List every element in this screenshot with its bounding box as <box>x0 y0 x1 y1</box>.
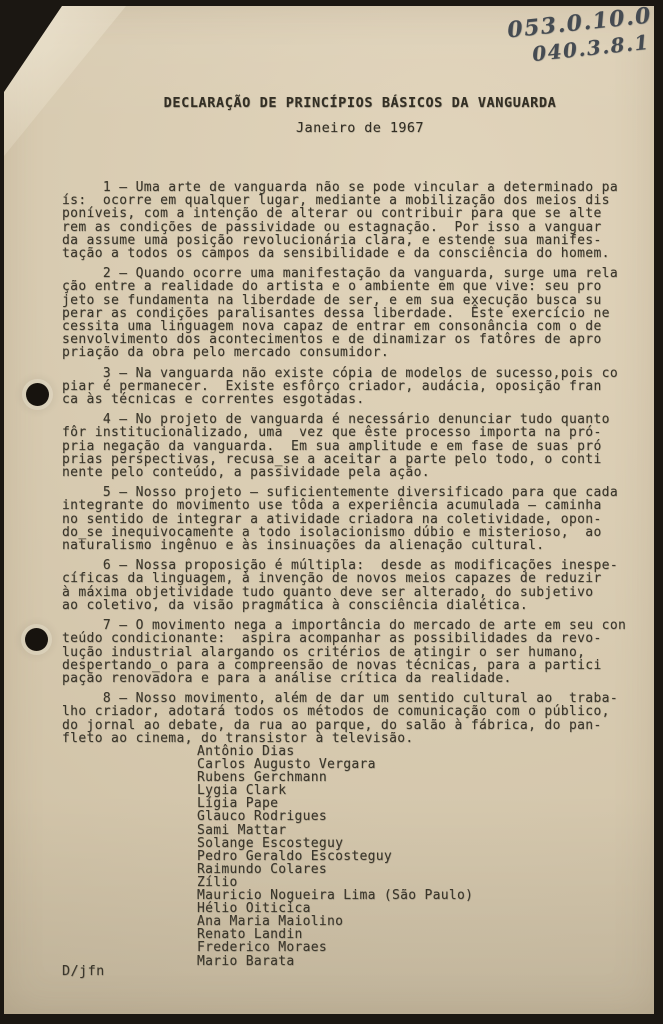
paragraph-6: 6 — Nossa proposição é múltipla: desde a… <box>62 559 627 612</box>
signatory-name: Solange Escosteguy <box>197 837 473 850</box>
paragraph-5: 5 — Nosso projeto — suficientemente dive… <box>62 486 627 552</box>
hole-punch-bottom <box>25 628 48 651</box>
signatory-name: Glauco Rodrigues <box>197 810 473 823</box>
paragraph-4: 4 — No projeto de vanguarda é necessário… <box>62 413 627 479</box>
scanned-document-page: 053.0.10.0 040.3.8.1 DECLARAÇÃO DE PRINC… <box>4 6 654 1014</box>
signatory-name: Sami Mattar <box>197 824 473 837</box>
signatory-list: Antônio Dias Carlos Augusto Vergara Rube… <box>197 745 473 968</box>
signatory-name: Pedro Geraldo Escosteguy <box>197 850 473 863</box>
document-header: DECLARAÇÃO DE PRINCÍPIOS BÁSICOS DA VANG… <box>80 96 640 136</box>
signatory-name: Frederico Moraes <box>197 941 473 954</box>
signatory-name: Mario Barata <box>197 955 473 968</box>
signatory-name: Raimundo Colares <box>197 863 473 876</box>
paragraph-7: 7 — O movimento nega a importância do me… <box>62 619 627 685</box>
document-body: 1 — Uma arte de vanguarda não se pode vi… <box>62 181 627 752</box>
paragraph-3: 3 — Na vanguarda não existe cópia de mod… <box>62 367 627 407</box>
page-title: DECLARAÇÃO DE PRINCÍPIOS BÁSICOS DA VANG… <box>80 96 640 110</box>
folded-corner <box>4 6 164 166</box>
paragraph-2: 2 — Quando ocorre uma manifestação da va… <box>62 267 627 359</box>
document-date: Janeiro de 1967 <box>80 120 640 136</box>
hole-punch-top <box>26 383 49 406</box>
typist-initials: D/jfn <box>62 963 105 979</box>
paragraph-1: 1 — Uma arte de vanguarda não se pode vi… <box>62 181 627 260</box>
paragraph-8: 8 — Nosso movimento, além de dar um sent… <box>62 692 627 745</box>
